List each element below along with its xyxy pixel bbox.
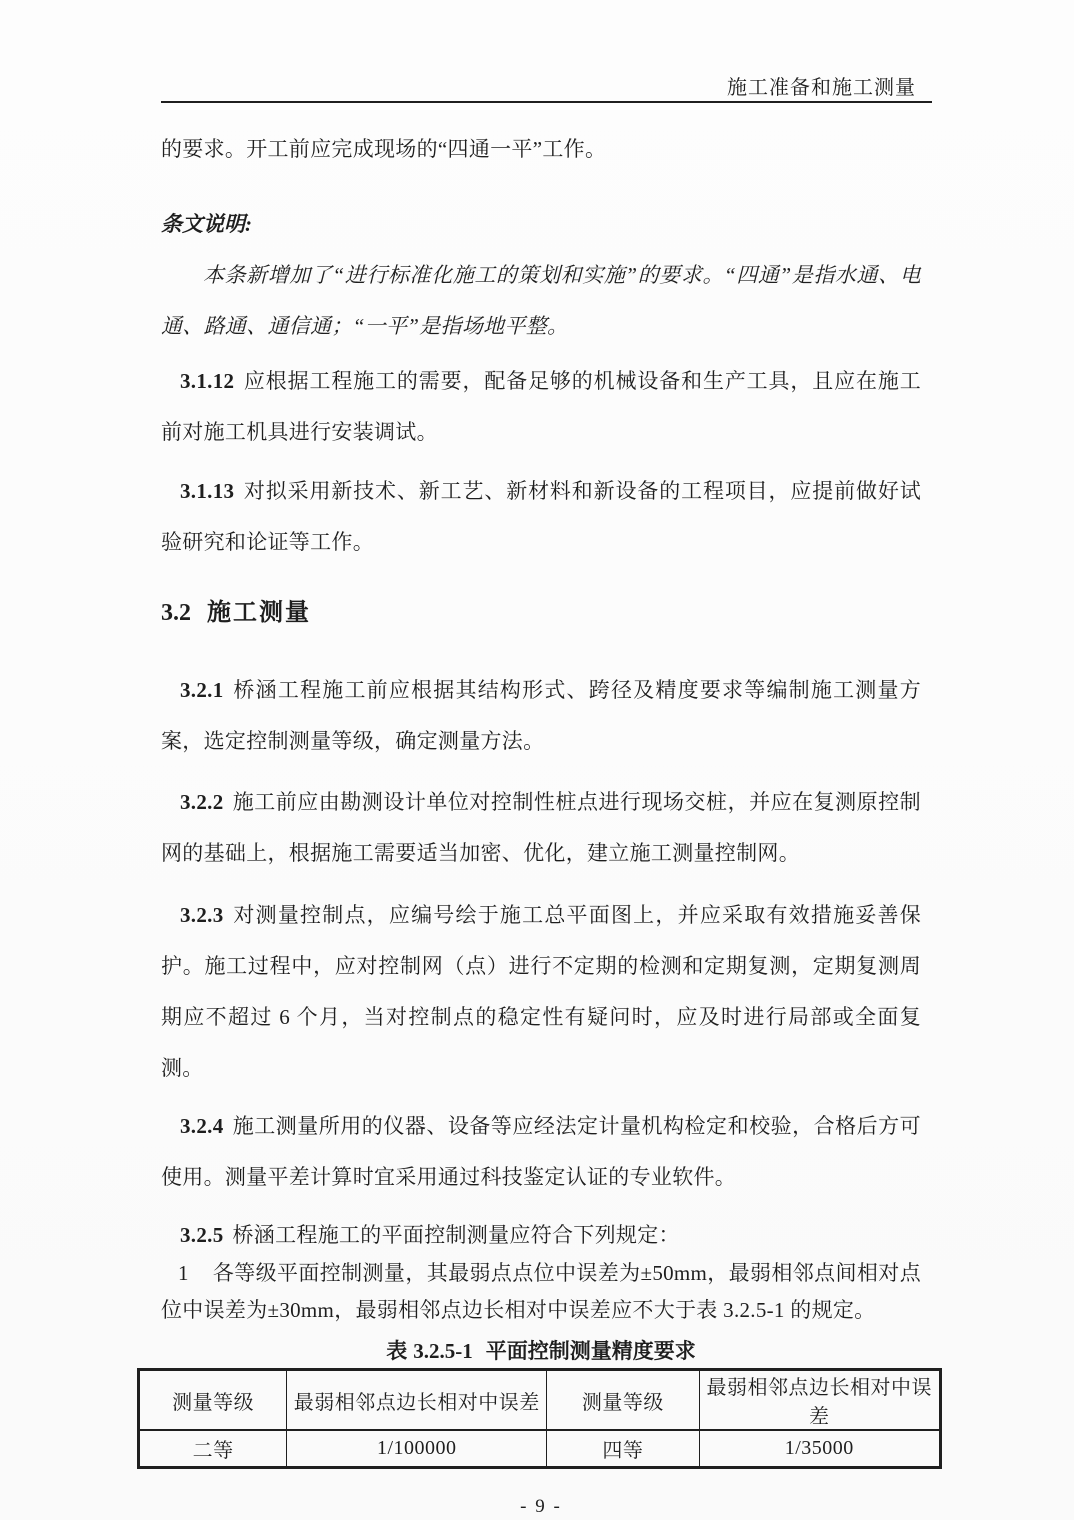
clause-number: 3.2.5 (180, 1223, 224, 1247)
clause-text: 施工前应由勘测设计单位对控制性桩点进行现场交桩，并应在复测原控制网的基础上，根据… (161, 790, 921, 865)
table-caption-title: 平面控制测量精度要求 (486, 1340, 696, 1363)
clause-text: 应根据工程施工的需要，配备足够的机械设备和生产工具，且应在施工前对施工机具进行安… (161, 369, 921, 444)
commentary-heading: 条文说明: (161, 199, 921, 250)
clause-3-2-5: 3.2.5桥涵工程施工的平面控制测量应符合下列规定： (161, 1215, 921, 1255)
clause-text: 对测量控制点，应编号绘于施工总平面图上，并应采取有效措施妥善保护。施工过程中，应… (161, 903, 921, 1080)
table-caption-prefix: 表 (386, 1340, 407, 1363)
clause-text: 施工测量所用的仪器、设备等应经法定计量机构检定和校验，合格后方可使用。测量平差计… (161, 1114, 921, 1189)
table-header-cell: 最弱相邻点边长相对中误差 (287, 1370, 547, 1431)
section-heading: 3.2施工测量 (161, 586, 921, 640)
table-cell: 二等 (139, 1430, 287, 1468)
clause-3-2-4: 3.2.4施工测量所用的仪器、设备等应经法定计量机构检定和校验，合格后方可使用。… (161, 1101, 921, 1203)
table-header-cell: 最弱相邻点边长相对中误差 (699, 1370, 940, 1431)
table-caption-number: 3.2.5-1 (413, 1339, 473, 1363)
clause-3-2-3: 3.2.3对测量控制点，应编号绘于施工总平面图上，并应采取有效措施妥善保护。施工… (161, 890, 921, 1094)
table-row: 二等 1/100000 四等 1/35000 (139, 1430, 941, 1468)
list-item-text: 各等级平面控制测量，其最弱点点位中误差为±50mm，最弱相邻点间相对点位中误差为… (161, 1261, 921, 1322)
table-header-cell: 测量等级 (139, 1370, 287, 1431)
table-header-cell: 测量等级 (547, 1370, 699, 1431)
clause-number: 3.1.12 (180, 369, 234, 393)
precision-table: 测量等级 最弱相邻点边长相对中误差 测量等级 最弱相邻点边长相对中误差 二等 1… (137, 1368, 942, 1469)
clause-3-1-12: 3.1.12应根据工程施工的需要，配备足够的机械设备和生产工具，且应在施工前对施… (161, 356, 921, 458)
running-header: 施工准备和施工测量 (161, 0, 932, 103)
list-item-1: 1各等级平面控制测量，其最弱点点位中误差为±50mm，最弱相邻点间相对点位中误差… (161, 1255, 921, 1329)
clause-number: 3.2.3 (180, 903, 224, 927)
clause-text: 对拟采用新技术、新工艺、新材料和新设备的工程项目，应提前做好试验研究和论证等工作… (161, 479, 921, 554)
table-caption: 表3.2.5-1平面控制测量精度要求 (161, 1336, 921, 1367)
document-page: 施工准备和施工测量 的要求。开工前应完成现场的“四通一平”工作。 条文说明: 本… (0, 0, 1074, 1520)
page-number: - 9 - (161, 1495, 921, 1519)
commentary-paragraph: 本条新增加了“进行标准化施工的策划和实施”的要求。“四通”是指水通、电通、路通、… (161, 250, 921, 352)
clause-text: 桥涵工程施工前应根据其结构形式、跨径及精度要求等编制施工测量方案，选定控制测量等… (161, 678, 921, 753)
running-header-title: 施工准备和施工测量 (727, 77, 916, 99)
clause-text: 桥涵工程施工的平面控制测量应符合下列规定： (233, 1223, 680, 1247)
section-title: 施工测量 (207, 599, 311, 626)
clause-number: 3.2.4 (180, 1114, 224, 1138)
list-item-number: 1 (178, 1261, 189, 1285)
table-cell: 1/100000 (287, 1430, 547, 1468)
clause-3-2-1: 3.2.1桥涵工程施工前应根据其结构形式、跨径及精度要求等编制施工测量方案，选定… (161, 665, 921, 767)
table-cell: 1/35000 (699, 1430, 940, 1468)
clause-3-2-2: 3.2.2施工前应由勘测设计单位对控制性桩点进行现场交桩，并应在复测原控制网的基… (161, 777, 921, 879)
section-number: 3.2 (161, 600, 191, 626)
clause-number: 3.2.2 (180, 790, 224, 814)
table-cell: 四等 (547, 1430, 699, 1468)
table-header-row: 测量等级 最弱相邻点边长相对中误差 测量等级 最弱相邻点边长相对中误差 (139, 1370, 941, 1431)
clause-number: 3.1.13 (180, 479, 234, 503)
clause-number: 3.2.1 (180, 678, 224, 702)
clause-3-1-13: 3.1.13对拟采用新技术、新工艺、新材料和新设备的工程项目，应提前做好试验研究… (161, 466, 921, 568)
intro-paragraph: 的要求。开工前应完成现场的“四通一平”工作。 (161, 124, 921, 175)
